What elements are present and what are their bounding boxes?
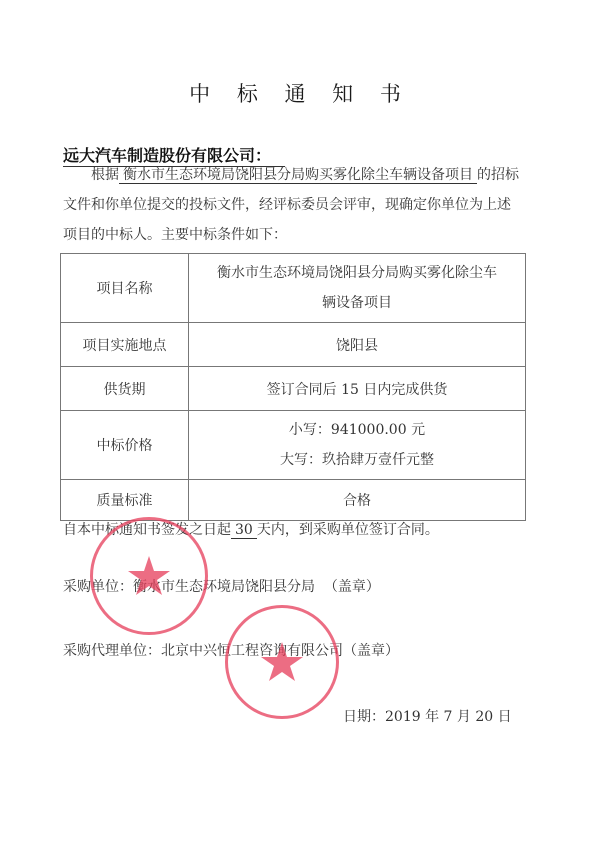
row-label: 质量标准 xyxy=(61,480,189,521)
row-value: 合格 xyxy=(189,480,526,521)
table-row: 项目实施地点 饶阳县 xyxy=(61,323,526,367)
document-title: 中 标 通 知 书 xyxy=(0,78,600,108)
row-label: 项目实施地点 xyxy=(61,323,189,367)
terms-table: 项目名称 衡水市生态环境局饶阳县分局购买雾化除尘车辆设备项目 项目实施地点 饶阳… xyxy=(60,253,526,521)
project-name-underlined: 衡水市生态环境局饶阳县分局购买雾化除尘车辆设备项目 xyxy=(119,167,477,184)
row-value: 衡水市生态环境局饶阳县分局购买雾化除尘车辆设备项目 xyxy=(189,254,526,323)
star-icon xyxy=(93,520,205,632)
row-label: 供货期 xyxy=(61,367,189,411)
body-paragraph: 根据衡水市生态环境局饶阳县分局购买雾化除尘车辆设备项目的招标文件和你单位提交的投… xyxy=(63,160,523,250)
row-value: 小写：941000.00 元 大写：玖拾肆万壹仟元整 xyxy=(189,411,526,480)
row-value: 饶阳县 xyxy=(189,323,526,367)
star-icon xyxy=(228,608,336,716)
table-row: 供货期 签订合同后 15 日内完成供货 xyxy=(61,367,526,411)
table-row: 项目名称 衡水市生态环境局饶阳县分局购买雾化除尘车辆设备项目 xyxy=(61,254,526,323)
row-label: 项目名称 xyxy=(61,254,189,323)
table-row: 中标价格 小写：941000.00 元 大写：玖拾肆万壹仟元整 xyxy=(61,411,526,480)
agent-seal-stamp xyxy=(225,605,339,719)
days-value: 30 xyxy=(231,522,257,539)
row-label: 中标价格 xyxy=(61,411,189,480)
agent-label: 采购代理单位： xyxy=(63,643,161,659)
price-big: 大写：玖拾肆万壹仟元整 xyxy=(190,445,524,475)
purchaser-seal: （盖章） xyxy=(324,579,380,595)
date: 日期：2019 年 7 月 20 日 xyxy=(343,706,512,726)
row-value: 签订合同后 15 日内完成供货 xyxy=(189,367,526,411)
agent-seal: （盖章） xyxy=(343,643,399,659)
purchaser-seal-stamp xyxy=(90,517,208,635)
table-row: 质量标准 合格 xyxy=(61,480,526,521)
price-small: 小写：941000.00 元 xyxy=(190,415,524,445)
body-prefix: 根据 xyxy=(91,167,119,183)
